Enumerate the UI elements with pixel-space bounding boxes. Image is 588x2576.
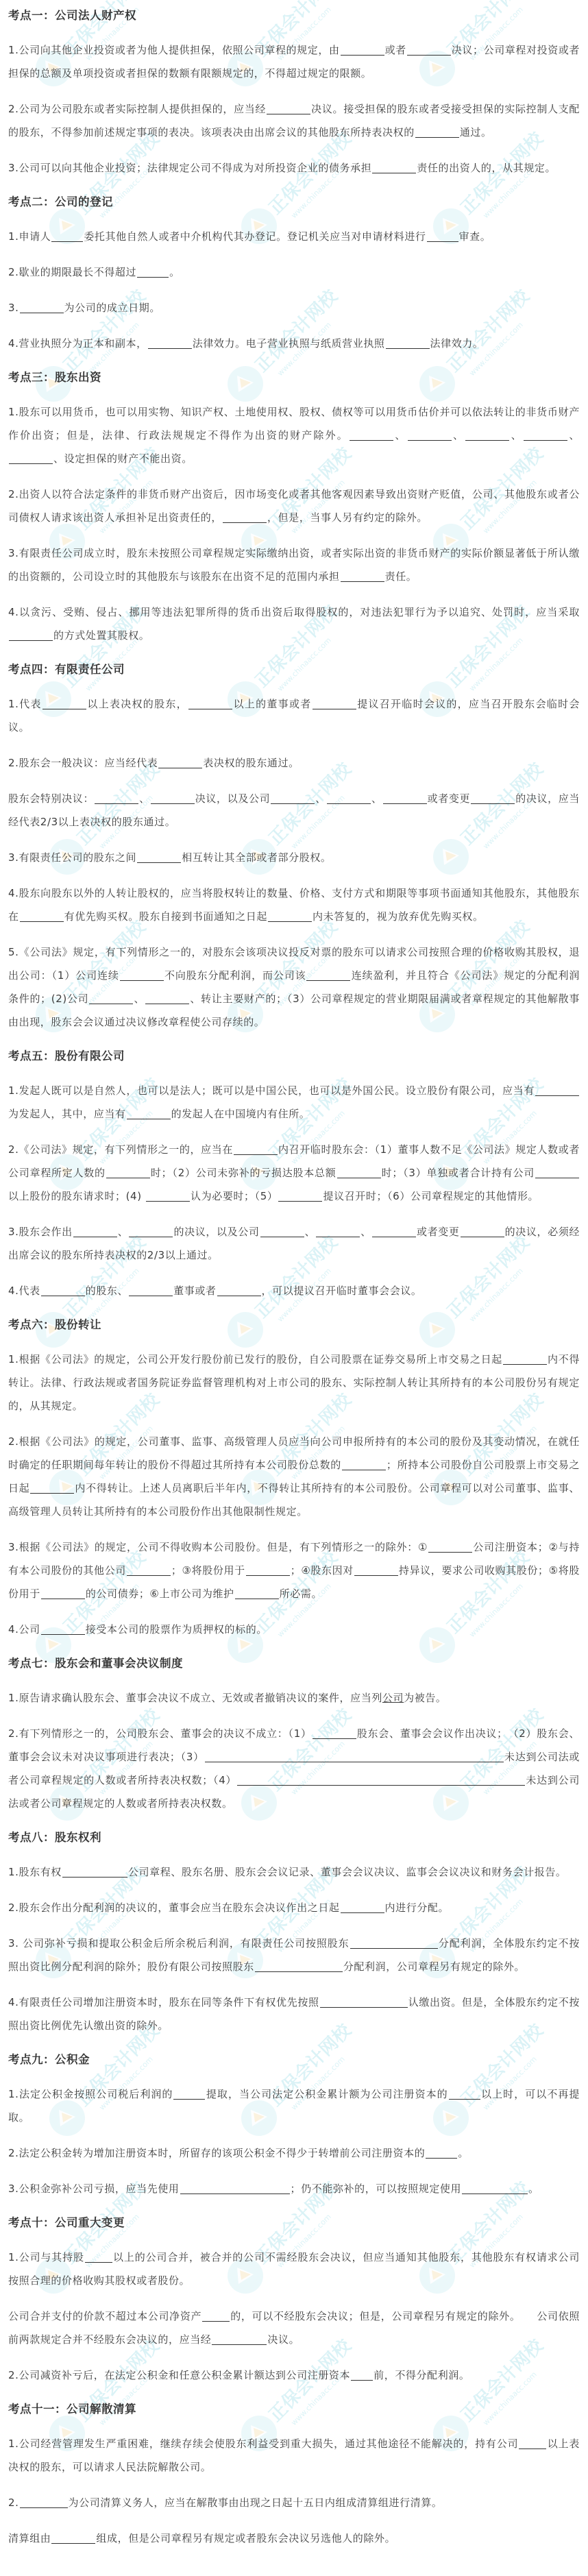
paragraph-text: 以上股份的股东请求时；(4)	[8, 1190, 145, 1202]
section: 考点三：股东出资1.股东可以用货币，也可以用实物、知识产权、土地使用权、股权、债…	[8, 367, 580, 647]
fill-in-blank[interactable]	[415, 125, 459, 138]
paragraph-text: 1.申请人	[8, 230, 51, 243]
paragraph-text: 的决议，以及公司	[173, 1226, 259, 1238]
fill-in-blank[interactable]	[235, 1586, 279, 1599]
fill-in-blank[interactable]	[20, 909, 64, 922]
section-title: 考点七：股东会和董事会决议制度	[8, 1653, 580, 1674]
fill-in-blank[interactable]	[180, 2181, 290, 2194]
section-title: 考点五：股份有限公司	[8, 1046, 580, 1067]
paragraph-text: 股东会特别决议：	[8, 792, 94, 805]
paragraph-text: 内未答复的，视为放弃优先购买权。	[313, 910, 484, 923]
paragraph-text: 公司章程、股东名册、股东会会议记录、董事会会议决议、监事会会议决议和财务会计报告…	[128, 1866, 567, 1878]
fill-in-blank[interactable]	[20, 300, 64, 313]
fill-in-blank[interactable]	[428, 1540, 472, 1553]
fill-in-blank[interactable]	[41, 1586, 85, 1599]
paragraph-text: 4.代表	[8, 1285, 40, 1297]
fill-in-blank[interactable]	[146, 1189, 190, 1202]
fill-in-blank[interactable]	[51, 229, 83, 242]
paragraph-text: 2.股东会作出分配利润的决议的，董事会应当在股东会决议作出之日起	[8, 1901, 340, 1914]
fill-in-blank[interactable]	[41, 1283, 85, 1296]
fill-in-blank[interactable]	[386, 336, 430, 349]
paragraph-text: 为发起人，其中，应当有	[8, 1108, 126, 1120]
fill-in-blank[interactable]	[342, 1457, 386, 1470]
paragraph-text: 。	[169, 266, 180, 278]
paragraph-text: 、	[510, 429, 523, 441]
question-paragraph: 公司合并支付的价款不超过本公司净资产的，可以不经股东会决议；但是，公司章程另有规…	[8, 2305, 580, 2351]
fill-in-blank[interactable]	[313, 696, 356, 709]
fill-in-blank[interactable]	[341, 1900, 384, 1913]
paragraph-text: 公司合并支付的价款不超过本公司净资产	[8, 2310, 201, 2322]
fill-in-blank[interactable]	[535, 1083, 579, 1096]
question-paragraph: 1.公司向其他企业投资或者为他人提供担保，依照公司章程的规定，由或者决议；公司章…	[8, 38, 580, 85]
question-paragraph: 1.原告请求确认股东会、董事会决议不成立、无效或者撤销决议的案件，应当列公司为被…	[8, 1686, 580, 1710]
underlined-answer: 公司	[382, 1692, 404, 1704]
paragraph-text: 或者变更	[417, 1226, 460, 1238]
question-paragraph: 2.股东会一般决议：应当经代表表决权的股东通过。	[8, 751, 580, 775]
paragraph-text: 3.	[8, 302, 19, 314]
section-title: 考点十：公司重大变更	[8, 2213, 580, 2233]
question-paragraph: 4.营业执照分为正本和副本，法律效力。电子营业执照与纸质营业执照法律效力。	[8, 332, 580, 355]
fill-in-blank[interactable]	[42, 696, 86, 709]
question-paragraph: 1.根据《公司法》的规定，公司公开发行股份前已发行的股份，自公司股票在证券交易所…	[8, 1348, 580, 1418]
paragraph-text: 1.公司经营管理发生严重困难，继续存续会使股东利益受到重大损失，通过其他途径不能…	[8, 2438, 518, 2450]
paragraph-text: 2.有下列情形之一的，公司股东会、董事会的决议不成立：（1）	[8, 1727, 312, 1740]
paragraph-text: 接受本公司的股票作为质押权的标的。	[86, 1623, 267, 1636]
paragraph-text: 2.股东会一般决议：应当经代表	[8, 757, 158, 769]
fill-in-blank[interactable]	[137, 265, 169, 278]
fill-in-blank[interactable]	[129, 1224, 173, 1237]
paragraph-text: 2.《公司法》规定，有下列情形之一的，应当在	[8, 1143, 233, 1156]
question-paragraph: 4.公司接受本公司的股票作为质押权的标的。	[8, 1618, 580, 1641]
paragraph-text: 4.有限责任公司增加注册资本时，股东在同等条件下有权优先按照	[8, 1996, 319, 2008]
question-paragraph: 3.有限责任公司成立时，股东未按照公司章程规定实际缴纳出资，或者实际出资的非货币…	[8, 542, 580, 588]
fill-in-blank[interactable]	[202, 2309, 230, 2322]
paragraph-text: 组成，但是公司章程另有规定或者股东会决议另选他人的除外。	[96, 2532, 395, 2544]
section-title: 考点三：股东出资	[8, 367, 580, 388]
paragraph-text: 2.歇业的期限最长不得超过	[8, 266, 136, 278]
paragraph-text: 3.有限责任公司的股东之间	[8, 851, 136, 864]
question-paragraph: 3.根据《公司法》的规定，公司不得收购本公司股份。但是，有下列情形之一的除外：①…	[8, 1535, 580, 1605]
fill-in-blank[interactable]	[41, 1622, 85, 1635]
paragraph-text: 的股东、	[86, 1285, 128, 1297]
fill-in-blank[interactable]	[51, 2531, 95, 2544]
question-paragraph: 4.代表的股东、董事或者，可以提议召开临时董事会会议。	[8, 1279, 580, 1302]
fill-in-blank[interactable]	[320, 1995, 408, 2008]
paragraph-text: 前，不得分配利润。	[373, 2369, 469, 2381]
paragraph-text: 3. 公司弥补亏损和提取公积金后所余税后利润，有限责任公司按照股东	[8, 1937, 350, 1949]
paragraph-text: 表决权的股东通过。	[203, 757, 299, 769]
question-paragraph: 3.公司可以向其他企业投资；法律规定公司不得成为对所投资企业的债务承担责任的出资…	[8, 156, 580, 180]
paragraph-text: 的发起人在中国境内有住所。	[171, 1108, 310, 1120]
fill-in-blank[interactable]	[316, 1224, 360, 1237]
section: 考点四：有限责任公司1.代表以上表决权的股东，以上的董事或者提议召开临时会议的，…	[8, 659, 580, 1034]
question-paragraph: 4.有限责任公司增加注册资本时，股东在同等条件下有权优先按照认缴出资。但是，全体…	[8, 1991, 580, 2037]
question-paragraph: 2.为公司清算义务人，应当在解散事由出现之日起十五日内组成清算组进行清算。	[8, 2491, 580, 2514]
paragraph-text: 2.	[8, 2496, 19, 2509]
fill-in-blank[interactable]	[462, 2181, 528, 2194]
fill-in-blank[interactable]	[350, 428, 393, 441]
paragraph-text: 认为必要时；（5）	[191, 1190, 278, 1202]
paragraph-text: 1.公司向其他企业投资或者为他人提供担保，依照公司章程的规定，由	[8, 44, 340, 56]
fill-in-blank[interactable]	[383, 791, 427, 804]
section: 考点七：股东会和董事会决议制度1.原告请求确认股东会、董事会决议不成立、无效或者…	[8, 1653, 580, 1815]
paragraph-text: 3.公积金弥补公司亏损，应当先使用	[8, 2183, 180, 2195]
fill-in-blank[interactable]	[271, 791, 315, 804]
paragraph-text: 所必需。	[280, 1588, 322, 1600]
fill-in-blank[interactable]	[73, 1224, 117, 1237]
fill-in-blank[interactable]	[62, 1864, 127, 1878]
fill-in-blank[interactable]	[519, 2436, 546, 2449]
fill-in-blank[interactable]	[217, 1283, 261, 1296]
question-paragraph: 1.公司经营管理发生严重困难，继续存续会使股东利益受到重大损失，通过其他途径不能…	[8, 2432, 580, 2479]
fill-in-blank[interactable]	[9, 451, 53, 464]
question-paragraph: 3.有限责任公司的股东之间相互转让其全部或者部分股权。	[8, 846, 580, 869]
paragraph-text: 法律效力。电子营业执照与纸质营业执照	[193, 337, 385, 350]
question-paragraph: 1.发起人既可以是自然人，也可以是法人；既可以是中国公民，也可以是外国公民。设立…	[8, 1079, 580, 1126]
paragraph-text: 委托其他自然人或者中介机构代其办登记。登记机关应当对申请材料进行	[84, 230, 426, 243]
paragraph-text: 、	[360, 1226, 371, 1238]
question-paragraph: 2.歇业的期限最长不得超过。	[8, 260, 580, 284]
section-title: 考点一：公司法人财产权	[8, 5, 580, 26]
fill-in-blank[interactable]	[148, 336, 192, 349]
paragraph-text: 或者	[385, 44, 406, 56]
fill-in-blank[interactable]	[337, 1165, 381, 1178]
fill-in-blank[interactable]	[120, 968, 164, 981]
fill-in-blank[interactable]	[255, 1959, 343, 1972]
fill-in-blank[interactable]	[407, 42, 451, 56]
fill-in-blank[interactable]	[350, 1936, 438, 1949]
section-title: 考点八：股东权利	[8, 1827, 580, 1848]
document-body: 考点一：公司法人财产权1.公司向其他企业投资或者为他人提供担保，依照公司章程的规…	[0, 0, 588, 2576]
paragraph-text: 、	[568, 429, 580, 441]
paragraph-text: 4.营业执照分为正本和副本，	[8, 337, 147, 350]
paragraph-text: 4.以贪污、受贿、侵占、挪用等违法犯罪所得的货币出资后取得股权的，对违法犯罪行为…	[8, 606, 580, 618]
paragraph-text: 4.公司	[8, 1623, 40, 1636]
paragraph-text: 为公司清算义务人，应当在解散事由出现之日起十五日内组成清算组进行清算。	[69, 2496, 443, 2509]
fill-in-blank[interactable]	[351, 2368, 373, 2381]
question-paragraph: 1.申请人委托其他自然人或者中介机构代其办登记。登记机关应当对申请材料进行审查。	[8, 225, 580, 248]
fill-in-blank[interactable]	[188, 696, 232, 709]
question-paragraph: 3. 公司弥补亏损和提取公积金后所余税后利润，有限责任公司按照股东分配利润，全体…	[8, 1932, 580, 1978]
paragraph-text: ；仍不能弥补的，可以按照规定使用	[291, 2183, 462, 2195]
paragraph-text: 3.根据《公司法》的规定，公司不得收购本公司股份。但是，有下列情形之一的除外：①	[8, 1541, 428, 1553]
paragraph-text: 、	[315, 792, 326, 805]
paragraph-text: 相互转让其全部或者部分股权。	[182, 851, 331, 864]
paragraph-text: 3.公司可以向其他企业投资；法律规定公司不得成为对所投资企业的债务承担	[8, 162, 371, 174]
question-paragraph: 1.代表以上表决权的股东，以上的董事或者提议召开临时会议的，应当召开股东会临时会…	[8, 692, 580, 739]
fill-in-blank[interactable]	[268, 909, 312, 922]
paragraph-text: 内不得转让。上述人员离职后半年内，不得转让其所持有的本公司股份。公司章程可以对公…	[8, 1482, 580, 1518]
fill-in-blank[interactable]	[313, 1726, 356, 1739]
question-paragraph: 2.股东会作出分配利润的决议的，董事会应当在股东会决议作出之日起内进行分配。	[8, 1896, 580, 1919]
paragraph-text: 法律效力。	[430, 337, 484, 350]
paragraph-text: 为被告。	[404, 1692, 446, 1704]
paragraph-text: 1.代表	[8, 698, 42, 710]
paragraph-text: ；③将股份用于	[171, 1564, 245, 1577]
fill-in-blank[interactable]	[158, 755, 202, 768]
question-paragraph: 3.公积金弥补公司亏损，应当先使用；仍不能弥补的，可以按照规定使用。	[8, 2177, 580, 2200]
paragraph-text: 决议，以及公司	[195, 792, 270, 805]
paragraph-text: 责任的出资人的，从其规定。	[417, 162, 556, 174]
question-paragraph: 3.股东会作出、的决议，以及公司、、或者变更的决议，必须经出席会议的股东所持表决…	[8, 1220, 580, 1267]
fill-in-blank[interactable]	[151, 791, 195, 804]
paragraph-text: 不向股东分配利润，而公司该	[164, 969, 306, 982]
paragraph-text: 2.公司减资补亏后，在法定公积金和任意公积金累计额达到公司注册资本	[8, 2369, 350, 2381]
section-title: 考点四：有限责任公司	[8, 659, 580, 680]
fill-in-blank[interactable]	[234, 1142, 278, 1155]
fill-in-blank[interactable]	[237, 1773, 525, 1786]
question-paragraph: 4.股东向股东以外的人转让股权的，应当将股权转让的数量、价格、支付方式和期限等事…	[8, 882, 580, 928]
section: 考点十：公司重大变更1.公司与其持股以上的公司合并，被合并的公司不需经股东会决议…	[8, 2213, 580, 2387]
paragraph-text: 审查。	[459, 230, 491, 243]
paragraph-text: 3.有限责任公司成立时，股东未按照公司章程规定实际缴纳出资，或者实际出资的非货币…	[8, 547, 580, 583]
paragraph-text: 通过。	[460, 126, 492, 138]
question-paragraph: 5.《公司法》规定，有下列情形之一的，对股东会该项决议投反对票的股东可以请求公司…	[8, 940, 580, 1034]
fill-in-blank[interactable]	[212, 2332, 267, 2345]
paragraph-text: 时；（2）公司未弥补的亏损达股本总额	[151, 1167, 336, 1179]
paragraph-text: 有优先购买权。股东自接到书面通知之日起	[64, 910, 267, 923]
fill-in-blank[interactable]	[267, 101, 310, 114]
fill-in-blank[interactable]	[260, 1224, 304, 1237]
paragraph-text: 以上表决权的股东，	[87, 698, 188, 710]
paragraph-text: 2.法定公积金转为增加注册资本时，所留存的该项公积金不得少于转增前公司注册资本的	[8, 2147, 425, 2159]
paragraph-text: 为公司的成立日期。	[64, 302, 160, 314]
section: 考点十一：公司解散清算1.公司经营管理发生严重困难，继续存续会使股东利益受到重大…	[8, 2399, 580, 2550]
section: 考点一：公司法人财产权1.公司向其他企业投资或者为他人提供担保，依照公司章程的规…	[8, 5, 580, 180]
paragraph-text: 1.公司与其持股	[8, 2251, 84, 2263]
paragraph-text: 1.法定公积金按照公司税后利润的	[8, 2088, 173, 2100]
paragraph-text: 决议。	[267, 2333, 299, 2346]
fill-in-blank[interactable]	[471, 791, 515, 804]
question-paragraph: 股东会特别决议：、决议，以及公司、、或者变更的决议，应当经代表2/3以上表决权的…	[8, 787, 580, 834]
fill-in-blank[interactable]	[461, 1224, 504, 1237]
paragraph-text: 清算组由	[8, 2532, 51, 2544]
paragraph-text: 1.根据《公司法》的规定，公司公开发行股份前已发行的股份，自公司股票在证券交易所…	[8, 1353, 502, 1365]
paragraph-text: 3.股东会作出	[8, 1226, 73, 1238]
paragraph-text: 董事或者	[173, 1285, 216, 1297]
fill-in-blank[interactable]	[85, 2250, 112, 2263]
paragraph-text: 提议召开时；（6）公司章程规定的其他情形。	[323, 1190, 539, 1202]
fill-in-blank[interactable]	[137, 850, 181, 863]
paragraph-text: 分配利润，公司章程另有规定的除外。	[343, 1960, 525, 1973]
fill-in-blank[interactable]	[372, 160, 416, 173]
question-paragraph: 2.有下列情形之一的，公司股东会、董事会的决议不成立：（1）股东会、董事会会议作…	[8, 1722, 580, 1815]
section-title: 考点九：公积金	[8, 2050, 580, 2070]
paragraph-text: 1.股东有权	[8, 1866, 62, 1878]
section-title: 考点十一：公司解散清算	[8, 2399, 580, 2420]
paragraph-text: 。	[528, 2183, 539, 2195]
paragraph-text: 提取，当公司法定公积金累计额为公司注册资本的	[206, 2088, 448, 2100]
fill-in-blank[interactable]	[535, 1165, 579, 1178]
paragraph-text: 1.发起人既可以是自然人，也可以是法人；既可以是中国公民，也可以是外国公民。设立…	[8, 1084, 535, 1097]
section: 考点六：股份转让1.根据《公司法》的规定，公司公开发行股份前已发行的股份，自公司…	[8, 1315, 580, 1641]
paragraph-text: 内进行分配。	[385, 1901, 450, 1914]
paragraph-text: 、	[371, 792, 382, 805]
paragraph-text: 时；（3）单独或者合计持有公司	[382, 1167, 535, 1179]
section: 考点九：公积金1.法定公积金按照公司税后利润的提取，当公司法定公积金累计额为公司…	[8, 2050, 580, 2200]
fill-in-blank[interactable]	[129, 1283, 173, 1296]
paragraph-text: 或者变更	[428, 792, 471, 805]
fill-in-blank[interactable]	[427, 229, 458, 242]
question-paragraph: 2.根据《公司法》的规定，公司董事、监事、高级管理人员应当向公司申报所持有的本公…	[8, 1430, 580, 1523]
fill-in-blank[interactable]	[30, 1481, 74, 1494]
paragraph-text: 1.原告请求确认股东会、董事会决议不成立、无效或者撤销决议的案件，应当列	[8, 1692, 382, 1704]
fill-in-blank[interactable]	[503, 1352, 547, 1365]
fill-in-blank[interactable]	[465, 428, 509, 441]
fill-in-blank[interactable]	[95, 791, 138, 804]
fill-in-blank[interactable]	[354, 1563, 398, 1576]
fill-in-blank[interactable]	[127, 1563, 171, 1576]
fill-in-blank[interactable]	[524, 428, 567, 441]
fill-in-blank[interactable]	[127, 1106, 171, 1119]
question-paragraph: 2.出资人以符合法定条件的非货币财产出资后，因市场变化或者其他客观因素导致出资财…	[8, 483, 580, 529]
paragraph-text: 。	[458, 2147, 469, 2159]
fill-in-blank[interactable]	[145, 991, 189, 1004]
paragraph-text: 、	[305, 1226, 316, 1238]
fill-in-blank[interactable]	[278, 1189, 322, 1202]
fill-in-blank[interactable]	[223, 510, 267, 523]
paragraph-text: 的公司债券；⑥上市公司为维护	[86, 1588, 234, 1600]
section: 考点二：公司的登记1.申请人委托其他自然人或者中介机构代其办登记。登记机关应当对…	[8, 192, 580, 355]
paragraph-text: 、	[134, 993, 145, 1005]
paragraph-text: ，但是，当事人另有约定的除外。	[267, 511, 428, 524]
fill-in-blank[interactable]	[173, 2087, 205, 2100]
question-paragraph: 1.股东有权公司章程、股东名册、股东会会议记录、董事会会议决议、监事会会议决议和…	[8, 1860, 580, 1884]
question-paragraph: 2.公司减资补亏后，在法定公积金和任意公积金累计额达到公司注册资本前，不得分配利…	[8, 2364, 580, 2387]
paragraph-text: 、	[118, 1226, 129, 1238]
paragraph-text: 、设定担保的财产不能出资。	[53, 452, 193, 465]
section-title: 考点二：公司的登记	[8, 192, 580, 212]
fill-in-blank[interactable]	[449, 2087, 480, 2100]
fill-in-blank[interactable]	[106, 1165, 150, 1178]
question-paragraph: 1.公司与其持股以上的公司合并，被合并的公司不需经股东会决议，但应当通知其他股东…	[8, 2246, 580, 2292]
fill-in-blank[interactable]	[426, 2146, 457, 2159]
fill-in-blank[interactable]	[306, 968, 350, 981]
fill-in-blank[interactable]	[89, 991, 133, 1004]
fill-in-blank[interactable]	[20, 2495, 68, 2508]
question-paragraph: 2.《公司法》规定，有下列情形之一的，应当在内召开临时股东会：（1）董事人数不足…	[8, 1138, 580, 1208]
fill-in-blank[interactable]	[246, 1563, 290, 1576]
question-paragraph: 1.法定公积金按照公司税后利润的提取，当公司法定公积金累计额为公司注册资本的以上…	[8, 2082, 580, 2129]
paragraph-text: 2.公司为公司股东或者实际控制人提供担保的，应当经	[8, 103, 266, 115]
fill-in-blank[interactable]	[327, 791, 371, 804]
paragraph-text: ，可以提议召开临时董事会会议。	[262, 1285, 422, 1297]
fill-in-blank[interactable]	[341, 42, 384, 56]
question-paragraph: 2.公司为公司股东或者实际控制人提供担保的，应当经决议。接受担保的股东或者受接受…	[8, 97, 580, 144]
paragraph-text: 的方式处置其股权。	[53, 629, 149, 642]
question-paragraph: 2.法定公积金转为增加注册资本时，所留存的该项公积金不得少于转增前公司注册资本的…	[8, 2141, 580, 2165]
section: 考点八：股东权利1.股东有权公司章程、股东名册、股东会会议记录、董事会会议决议、…	[8, 1827, 580, 2037]
paragraph-text: 、	[452, 429, 465, 441]
paragraph-text: 以上的董事或者	[233, 698, 312, 710]
question-paragraph: 清算组由组成，但是公司章程另有规定或者股东会决议另选他人的除外。	[8, 2527, 580, 2550]
section: 考点五：股份有限公司1.发起人既可以是自然人，也可以是法人；既可以是中国公民，也…	[8, 1046, 580, 1302]
paragraph-text: 、	[394, 429, 407, 441]
fill-in-blank[interactable]	[408, 428, 452, 441]
paragraph-text: ；④股东因对	[291, 1564, 354, 1577]
section-title: 考点六：股份转让	[8, 1315, 580, 1335]
fill-in-blank[interactable]	[372, 1224, 416, 1237]
question-paragraph: 3.为公司的成立日期。	[8, 296, 580, 319]
question-paragraph: 1.股东可以用货币，也可以用实物、知识产权、土地使用权、股权、债权等可以用货币估…	[8, 400, 580, 470]
paragraph-text: 、	[139, 792, 150, 805]
fill-in-blank[interactable]	[9, 628, 53, 641]
fill-in-blank[interactable]	[205, 1749, 504, 1762]
fill-in-blank[interactable]	[341, 569, 384, 582]
question-paragraph: 4.以贪污、受贿、侵占、挪用等违法犯罪所得的货币出资后取得股权的，对违法犯罪行为…	[8, 600, 580, 647]
paragraph-text: 责任。	[385, 570, 417, 583]
